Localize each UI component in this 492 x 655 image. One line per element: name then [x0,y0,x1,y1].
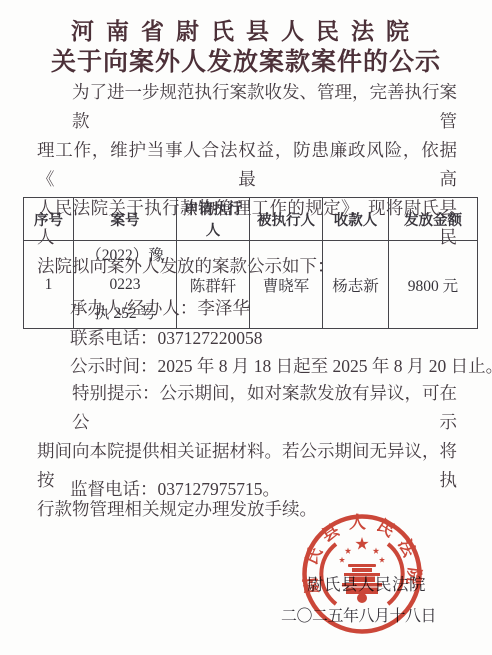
col-header-case-no: 案号 [74,198,177,241]
col-header-respondent: 被执行人 [250,198,323,241]
handler-line: 承办人/经办人：李泽华 [70,295,250,320]
special-notice-paragraph: 特别提示：公示期间，如对案款发放有异议，可在公示 期间向本院提供相关证据材料。若… [37,379,457,524]
supervision-phone-line: 监督电话：037127975715。 [70,476,280,501]
cell-amount: 9800 元 [389,241,478,329]
publicity-period-value: 2025 年 8 月 18 日起至 2025 年 8 月 20 日止。 [158,356,492,376]
publicity-period-label: 公示时间： [70,356,158,376]
col-header-seq: 序号 [24,198,74,241]
contact-phone-line: 联系电话：037127220058 [70,325,263,350]
handler-value: 李泽华 [197,298,250,318]
official-court-seal: 尉氏县人民法院 [296,508,428,640]
notice-line: 特别提示：公示期间，如对案款发放有异议，可在公示 [37,379,457,437]
intro-line: 为了进一步规范执行案款收发、管理，完善执行案款管 [37,78,457,136]
col-header-amount: 发放金额 [389,198,478,241]
col-header-payee: 收款人 [323,198,389,241]
seal-ring-text: 尉氏县人民法院 [300,513,425,595]
contact-phone-value: 037127220058 [158,328,263,348]
table-header-row: 序号 案号 申请执行人 被执行人 收款人 发放金额 [24,198,478,241]
intro-line: 理工作，维护当事人合法权益，防患廉政风险，依据《最高 [37,136,457,194]
document-page: 河南省尉氏县人民法院 关于向案外人发放案款案件的公示 为了进一步规范执行案款收发… [0,0,492,655]
cell-respondent: 曹晓军 [250,241,323,329]
notice-title: 关于向案外人发放案款案件的公示 [0,42,492,78]
publicity-period-line: 公示时间：2025 年 8 月 18 日起至 2025 年 8 月 20 日止。 [70,353,492,378]
cell-payee: 杨志新 [323,241,389,329]
contact-phone-label: 联系电话： [70,328,158,348]
handler-label: 承办人/经办人： [70,298,197,318]
col-header-applicant: 申请执行人 [177,198,250,241]
cell-seq: 1 [24,241,74,329]
case-no-line1: （2022）豫 0223 [74,241,176,299]
supervision-phone-value: 037127975715。 [158,479,281,499]
national-emblem-icon [321,537,402,604]
supervision-phone-label: 监督电话： [70,479,158,499]
